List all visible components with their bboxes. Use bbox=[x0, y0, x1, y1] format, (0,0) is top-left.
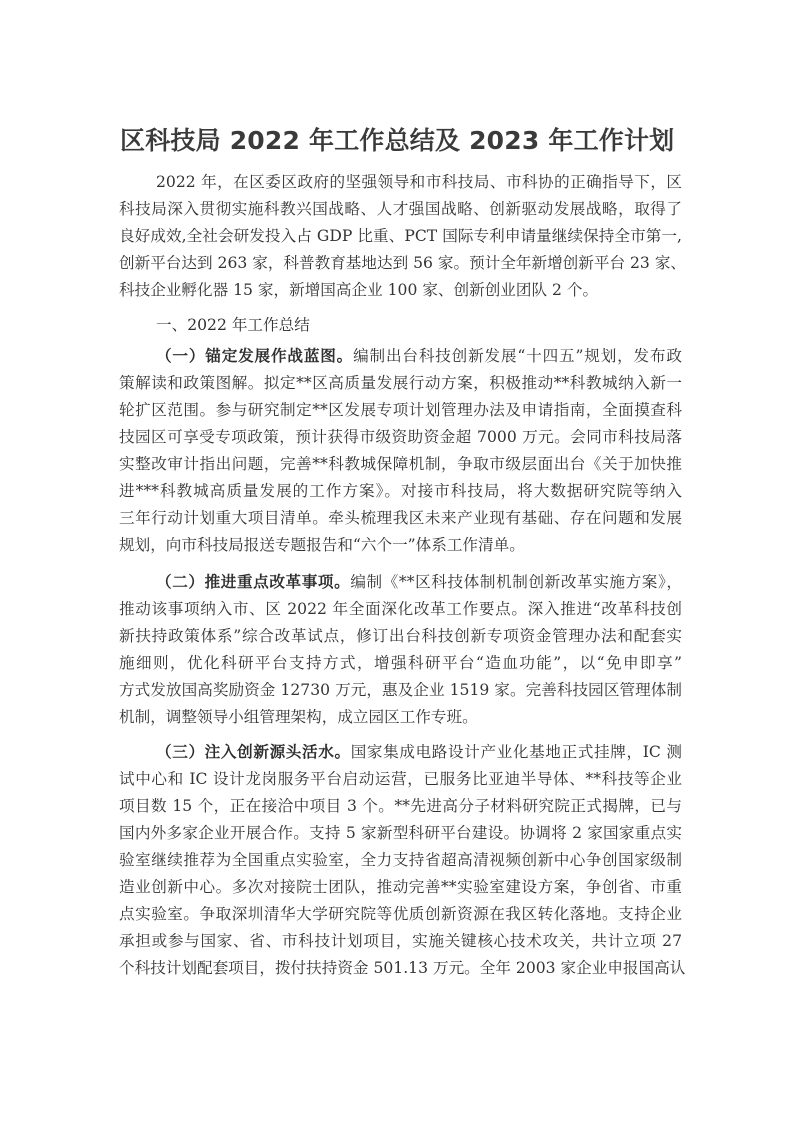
item-line: 国内外多家企业开展合作。支持 5 家新型科研平台建设。协调将 2 家国家重点实 bbox=[119, 820, 682, 847]
item-line: 点实验室。争取深圳清华大学研究院等优质创新资源在我区转化落地。支持企业 bbox=[119, 901, 682, 928]
item-line: 轮扩区范围。参与研究制定**区发展专项计划管理办法及申请指南，全面摸查科 bbox=[119, 397, 682, 424]
item-line: 承担或参与国家、省、市科技计划项目，实施关键核心技术攻关，共计立项 27 bbox=[119, 928, 682, 955]
intro-paragraph: 2022 年，在区委区政府的坚强领导和市科技局、市科协的正确指导下，区 科技局深… bbox=[119, 169, 682, 304]
item-text: 编制《**区科技体制机制创新改革实施方案》， bbox=[350, 573, 682, 591]
item-line: 技园区可享受专项政策，预计获得市级资助资金超 7000 万元。会同市科技局落 bbox=[119, 424, 682, 451]
item-line: 个科技计划配套项目，拨付扶持资金 501.13 万元。全年 2003 家企业申报… bbox=[119, 955, 682, 982]
item-line: 新扶持政策体系”综合改革试点，修订出台科技创新专项资金管理办法和配套实 bbox=[119, 623, 682, 650]
document-title: 区科技局 2022 年工作总结及 2023 年工作计划 bbox=[120, 124, 720, 158]
item-line: 规划，向市科技局报送专题报告和“六个一”体系工作清单。 bbox=[119, 532, 682, 559]
item-line: 三年行动计划重大项目清单。牵头梳理我区未来产业现有基础、存在问题和发展 bbox=[119, 505, 682, 532]
item-line: 验室继续推荐为全国重点实验室，全力支持省超高清视频创新中心争创国家级制 bbox=[119, 847, 682, 874]
intro-line: 2022 年，在区委区政府的坚强领导和市科技局、市科协的正确指导下，区 bbox=[119, 169, 682, 196]
intro-line: 科技局深入贯彻实施科教兴国战略、人才强国战略、创新驱动发展战略，取得了 bbox=[119, 196, 682, 223]
intro-line: 良好成效,全社会研发投入占 GDP 比重、PCT 国际专利申请量继续保持全市第一… bbox=[119, 223, 682, 250]
item-line: 进***科教城高质量发展的工作方案》。对接市科技局，将大数据研究院等纳入 bbox=[119, 478, 682, 505]
item-line: 机制，调整领导小组管理架构，成立园区工作专班。 bbox=[119, 704, 682, 731]
item-line: 推动该事项纳入市、区 2022 年全面深化改革工作要点。深入推进“改革科技创 bbox=[119, 596, 682, 623]
section-heading: 一、2022 年工作总结 bbox=[119, 312, 682, 339]
item-line: 实整改审计指出问题，完善**科教城保障机制，争取市级层面出台《关于加快推 bbox=[119, 451, 682, 478]
intro-line: 创新平台达到 263 家，科普教育基地达到 56 家。预计全年新增创新平台 23… bbox=[119, 250, 682, 277]
item-text: 编制出台科技创新发展“十四五”规划，发布政 bbox=[353, 347, 682, 365]
item-line: 施细则，优化科研平台支持方式，增强科研平台“造血功能”，以“免申即享” bbox=[119, 650, 682, 677]
item-label: （二）推进重点改革事项。 bbox=[156, 573, 350, 591]
item-line: 造业创新中心。多次对接院士团队，推动完善**实验室建设方案，争创省、市重 bbox=[119, 874, 682, 901]
item-line: 试中心和 IC 设计龙岗服务平台启动运营，已服务比亚迪半导体、**科技等企业 bbox=[119, 766, 682, 793]
section-item-2: （二）推进重点改革事项。编制《**区科技体制机制创新改革实施方案》， 推动该事项… bbox=[119, 569, 682, 731]
item-text: 国家集成电路设计产业化基地正式挂牌，IC 测 bbox=[351, 743, 682, 761]
item-first-line: （二）推进重点改革事项。编制《**区科技体制机制创新改革实施方案》， bbox=[119, 569, 682, 596]
section-item-3: （三）注入创新源头活水。国家集成电路设计产业化基地正式挂牌，IC 测 试中心和 … bbox=[119, 739, 682, 982]
item-label: （三）注入创新源头活水。 bbox=[156, 743, 351, 761]
item-line: 策解读和政策图解。拟定**区高质量发展行动方案，积极推动**科教城纳入新一 bbox=[119, 370, 682, 397]
intro-line: 科技企业孵化器 15 家，新增国高企业 100 家、创新创业团队 2 个。 bbox=[119, 277, 682, 304]
item-line: 项目数 15 个，正在接洽中项目 3 个。**先进高分子材料研究院正式揭牌，已与 bbox=[119, 793, 682, 820]
item-line: 方式发放国高奖励资金 12730 万元，惠及企业 1519 家。完善科技园区管理… bbox=[119, 677, 682, 704]
item-first-line: （三）注入创新源头活水。国家集成电路设计产业化基地正式挂牌，IC 测 bbox=[119, 739, 682, 766]
item-first-line: （一）锚定发展作战蓝图。编制出台科技创新发展“十四五”规划，发布政 bbox=[119, 343, 682, 370]
section-heading-block: 一、2022 年工作总结 bbox=[119, 312, 682, 339]
item-label: （一）锚定发展作战蓝图。 bbox=[156, 347, 353, 365]
section-item-1: （一）锚定发展作战蓝图。编制出台科技创新发展“十四五”规划，发布政 策解读和政策… bbox=[119, 343, 682, 559]
